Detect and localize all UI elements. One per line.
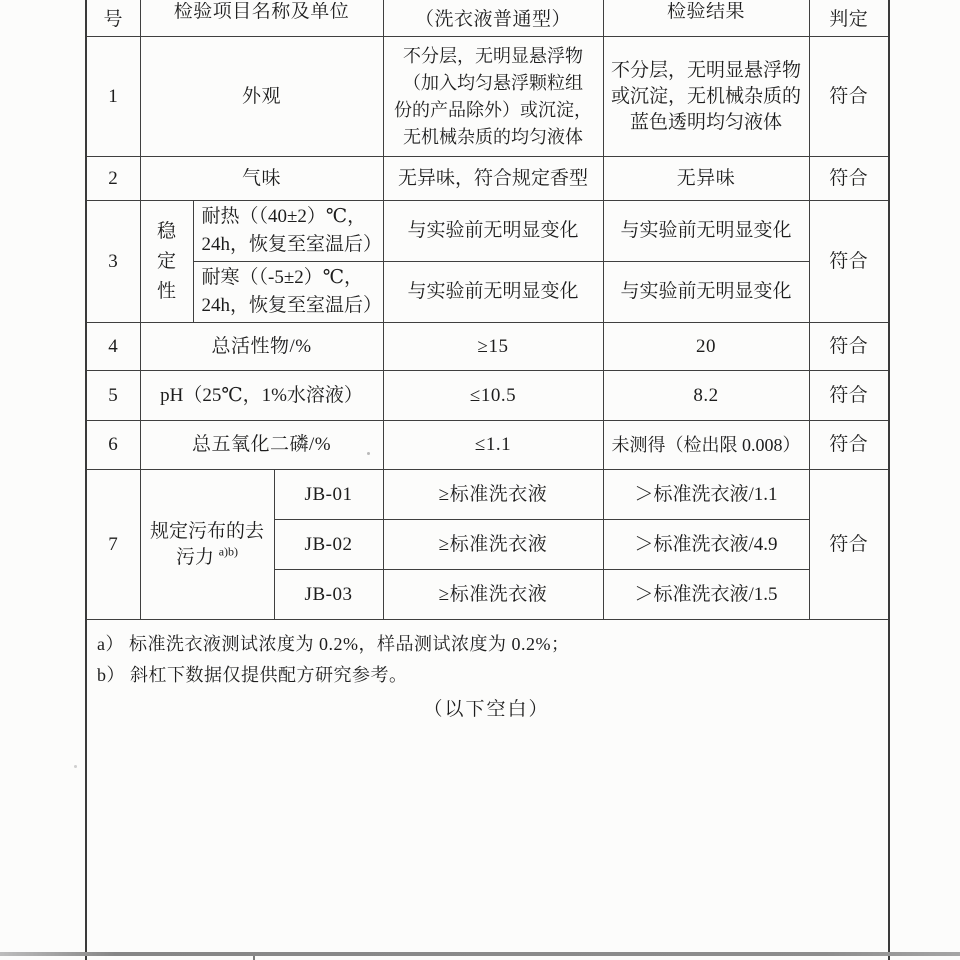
- row-5-ph: 5 pH（25℃，1%水溶液） ≤10.5 8.2 符合: [86, 371, 889, 421]
- header-item: 检验项目名称及单位: [140, 0, 383, 37]
- row-4-active-matter: 4 总活性物/% ≥15 20 符合: [86, 323, 889, 371]
- cell-r7c-result: ＞标准洗衣液/1.5: [603, 570, 809, 620]
- cell-r3a-item: 耐热（（40±2）℃， 24h，恢复至室温后）: [193, 201, 383, 262]
- header-requirement-bottom: （洗衣液普通型）: [388, 6, 599, 33]
- cell-r4-verdict: 符合: [809, 323, 889, 371]
- cell-r7-verdict: 符合: [809, 470, 889, 620]
- cell-r7b-result: ＞标准洗衣液/4.9: [603, 520, 809, 570]
- header-verdict: 单项 判定: [809, 0, 889, 37]
- cell-r5-requirement: ≤10.5: [383, 371, 603, 421]
- cell-r4-no: 4: [86, 323, 140, 371]
- cell-r7c-requirement: ≥标准洗衣液: [383, 570, 603, 620]
- cell-r3a-result: 与实验前无明显变化: [603, 201, 809, 262]
- row-3-stability-heat: 3 稳定性 耐热（（40±2）℃， 24h，恢复至室温后） 与实验前无明显变化 …: [86, 201, 889, 262]
- cell-r6-requirement: ≤1.1: [383, 421, 603, 470]
- cell-r5-item: pH（25℃，1%水溶液）: [140, 371, 383, 421]
- cell-r5-result: 8.2: [603, 371, 809, 421]
- cell-r3b-result: 与实验前无明显变化: [603, 262, 809, 323]
- header-verdict-bottom: 判定: [814, 6, 885, 33]
- cell-r2-no: 2: [86, 157, 140, 201]
- header-row: 序 号 检验项目名称及单位 技术要求 （洗衣液普通型） 检验结果 单项 判定: [86, 0, 889, 37]
- cell-r4-result: 20: [603, 323, 809, 371]
- cell-r7b-requirement: ≥标准洗衣液: [383, 520, 603, 570]
- header-item-label: 检验项目名称及单位: [145, 2, 379, 25]
- stability-vertical-label: 稳定性: [154, 217, 180, 307]
- header-result: 检验结果: [603, 0, 809, 37]
- header-no-bottom: 号: [91, 6, 136, 33]
- header-no: 序 号: [86, 0, 140, 37]
- cell-r3a-requirement: 与实验前无明显变化: [383, 201, 603, 262]
- footnotes-cell: a） 标准洗衣液测试浓度为 0.2%，样品测试浓度为 0.2%； b） 斜杠下数…: [86, 620, 889, 960]
- cell-r3-no: 3: [86, 201, 140, 323]
- cell-r7b-item: JB-02: [274, 520, 383, 570]
- cell-r3b-item: 耐寒（（-5±2）℃， 24h，恢复至室温后）: [193, 262, 383, 323]
- row-3-stability-cold: 耐寒（（-5±2）℃， 24h，恢复至室温后） 与实验前无明显变化 与实验前无明…: [86, 262, 889, 323]
- cell-r5-verdict: 符合: [809, 371, 889, 421]
- cell-r7-no: 7: [86, 470, 140, 620]
- cell-r7a-result: ＞标准洗衣液/1.1: [603, 470, 809, 520]
- scan-speck: [74, 765, 77, 768]
- cell-r2-requirement: 无异味，符合规定香型: [383, 157, 603, 201]
- row-6-phosphorus: 6 总五氧化二磷/% ≤1.1 未测得（检出限 0.008） 符合: [86, 421, 889, 470]
- row-7-detergency-jb01: 7 规定污布的去 污力 a)b) JB-01 ≥标准洗衣液 ＞标准洗衣液/1.1…: [86, 470, 889, 520]
- cell-r2-result: 无异味: [603, 157, 809, 201]
- cell-r1-requirement: 不分层，无明显悬浮物 （加入均匀悬浮颗粒组 份的产品除外）或沉淀， 无机械杂质的…: [383, 37, 603, 157]
- footnote-b: b） 斜杠下数据仅提供配方研究参考。: [97, 660, 876, 691]
- detergency-footnote-ref: a)b): [219, 544, 238, 558]
- header-requirement: 技术要求 （洗衣液普通型）: [383, 0, 603, 37]
- row-2-odor: 2 气味 无异味，符合规定香型 无异味 符合: [86, 157, 889, 201]
- cell-r7a-requirement: ≥标准洗衣液: [383, 470, 603, 520]
- detergency-group-label: 规定污布的去 污力: [150, 521, 264, 568]
- row-1-appearance: 1 外观 不分层，无明显悬浮物 （加入均匀悬浮颗粒组 份的产品除外）或沉淀， 无…: [86, 37, 889, 157]
- cell-r3-group: 稳定性: [140, 201, 193, 323]
- cell-r7-group: 规定污布的去 污力 a)b): [140, 470, 274, 620]
- scan-edge-tick: [253, 956, 255, 960]
- cell-r6-item: 总五氧化二磷/%: [140, 421, 383, 470]
- cell-r1-no: 1: [86, 37, 140, 157]
- cell-r7c-item: JB-03: [274, 570, 383, 620]
- cell-r3-verdict: 符合: [809, 201, 889, 323]
- cell-r6-result: 未测得（检出限 0.008）: [603, 421, 809, 470]
- scan-page-edge: [0, 952, 960, 956]
- footnotes-row: a） 标准洗衣液测试浓度为 0.2%，样品测试浓度为 0.2%； b） 斜杠下数…: [86, 620, 889, 960]
- blank-below-note: （以下空白）: [97, 697, 876, 723]
- header-result-label: 检验结果: [608, 2, 805, 25]
- inspection-report-table: 序 号 检验项目名称及单位 技术要求 （洗衣液普通型） 检验结果 单项 判定: [85, 0, 888, 960]
- footnote-a: a） 标准洗衣液测试浓度为 0.2%，样品测试浓度为 0.2%；: [97, 629, 876, 660]
- cell-r4-requirement: ≥15: [383, 323, 603, 371]
- cell-r4-item: 总活性物/%: [140, 323, 383, 371]
- cell-r1-result: 不分层，无明显悬浮物 或沉淀，无机械杂质的 蓝色透明均匀液体: [603, 37, 809, 157]
- cell-r6-no: 6: [86, 421, 140, 470]
- cell-r1-item: 外观: [140, 37, 383, 157]
- cell-r2-verdict: 符合: [809, 157, 889, 201]
- scan-speck: [367, 452, 370, 455]
- cell-r7a-item: JB-01: [274, 470, 383, 520]
- cell-r6-verdict: 符合: [809, 421, 889, 470]
- cell-r2-item: 气味: [140, 157, 383, 201]
- cell-r3b-requirement: 与实验前无明显变化: [383, 262, 603, 323]
- cell-r5-no: 5: [86, 371, 140, 421]
- cell-r1-verdict: 符合: [809, 37, 889, 157]
